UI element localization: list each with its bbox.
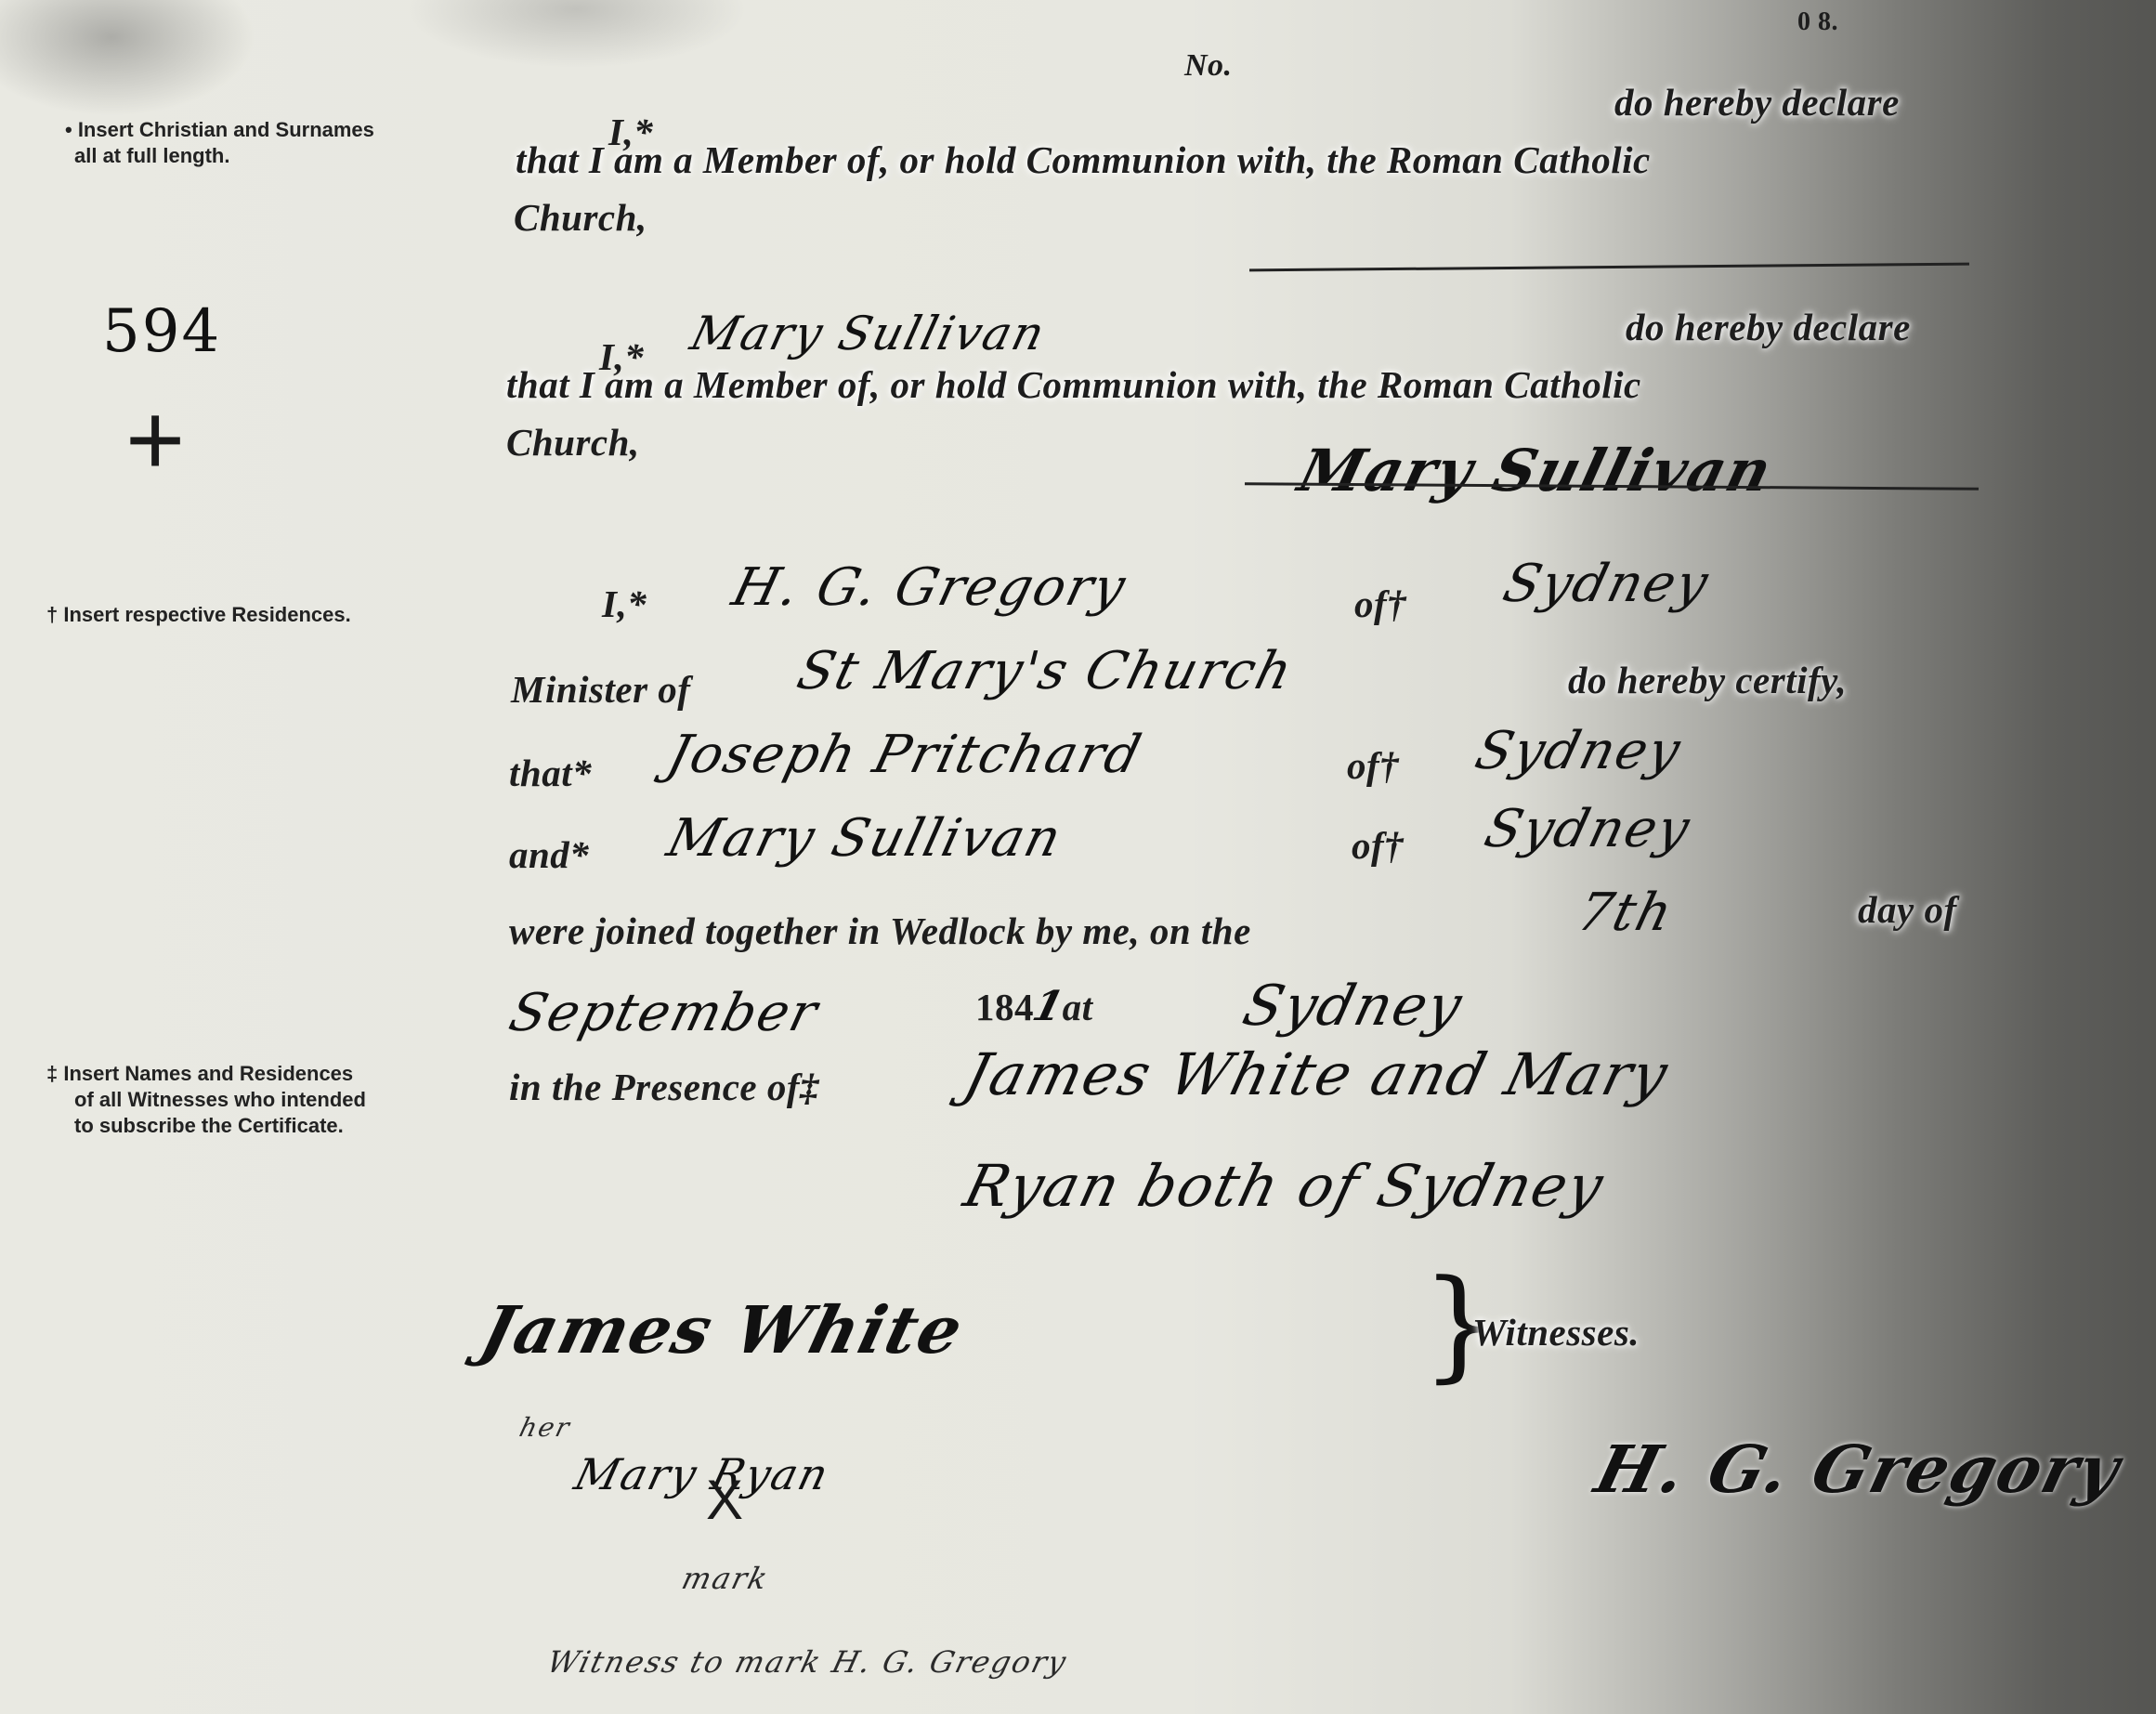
witness-2-mark: X <box>706 1468 743 1532</box>
corner-mark: 0 8. <box>1797 7 1838 37</box>
certify-text: do hereby certify, <box>1568 658 1847 702</box>
witnesses-names-line-1: James White and Mary <box>958 1040 1676 1108</box>
declaration-1-signature-line <box>1249 263 1969 272</box>
marriage-day: 7th <box>1572 883 1679 943</box>
declaration-2-text: that I am a Member of, or hold Communion… <box>506 362 1641 407</box>
presence-label: in the Presence of‡ <box>509 1065 819 1109</box>
marriage-place: Sydney <box>1236 974 1470 1039</box>
year-prefix: 1841at <box>975 983 1093 1030</box>
minister-of-label: of† <box>1354 582 1406 626</box>
groom-name: Joseph Pritchard <box>661 725 1148 785</box>
register-number: 594 <box>102 297 221 366</box>
declaration-2-suffix: do hereby declare <box>1626 305 1911 349</box>
that-label: that* <box>509 751 592 795</box>
declaration-2-name: Mary Sullivan <box>686 307 1052 360</box>
witness-2-her: her <box>516 1412 574 1443</box>
witness-2-name: Mary Ryan <box>569 1449 834 1499</box>
declaration-1-suffix: do hereby declare <box>1614 80 1900 124</box>
declaration-1-text: that I am a Member of, or hold Communion… <box>516 137 1651 182</box>
bride-residence: Sydney <box>1479 799 1697 859</box>
margin-note-names: • Insert Christian and Surnames all at f… <box>65 117 374 169</box>
register-cross-mark: + <box>125 381 185 499</box>
certification-prefix: I,* <box>602 582 647 626</box>
witnesses-label: Witnesses. <box>1472 1310 1640 1354</box>
witnesses-names-line-2: Ryan both of Sydney <box>958 1152 1612 1220</box>
groom-residence: Sydney <box>1470 721 1688 781</box>
minister-residence: Sydney <box>1497 554 1716 614</box>
and-label: and* <box>509 832 589 877</box>
marriage-month: September <box>503 983 825 1043</box>
witness-2-mark-label: mark <box>678 1561 773 1596</box>
declaration-1-church: Church, <box>514 195 647 240</box>
margin-note-residences: † Insert respective Residences. <box>46 602 351 628</box>
attestation-line: Witness to mark H. G. Gregory <box>543 1644 1071 1680</box>
church-name: St Mary's Church <box>791 641 1300 701</box>
groom-of-label: of† <box>1347 743 1399 788</box>
minister-of-church-label: Minister of <box>511 667 690 712</box>
minister-name: H. G. Gregory <box>726 557 1133 618</box>
margin-note-witnesses: ‡ Insert Names and Residences of all Wit… <box>46 1061 366 1139</box>
declaration-2-church: Church, <box>506 420 640 464</box>
bride-of-label: of† <box>1352 823 1404 868</box>
minister-signature: H. G. Gregory <box>1588 1431 2129 1508</box>
day-of-label: day of <box>1858 887 1957 932</box>
bride-name: Mary Sullivan <box>661 808 1068 869</box>
number-label: No. <box>1184 48 1233 84</box>
declaration-2-signature: Mary Sullivan <box>1292 437 1780 504</box>
witness-1-signature: James White <box>474 1291 973 1368</box>
joined-text: were joined together in Wedlock by me, o… <box>509 909 1251 953</box>
certificate-page: 0 8. No. • Insert Christian and Surnames… <box>0 0 2156 1714</box>
